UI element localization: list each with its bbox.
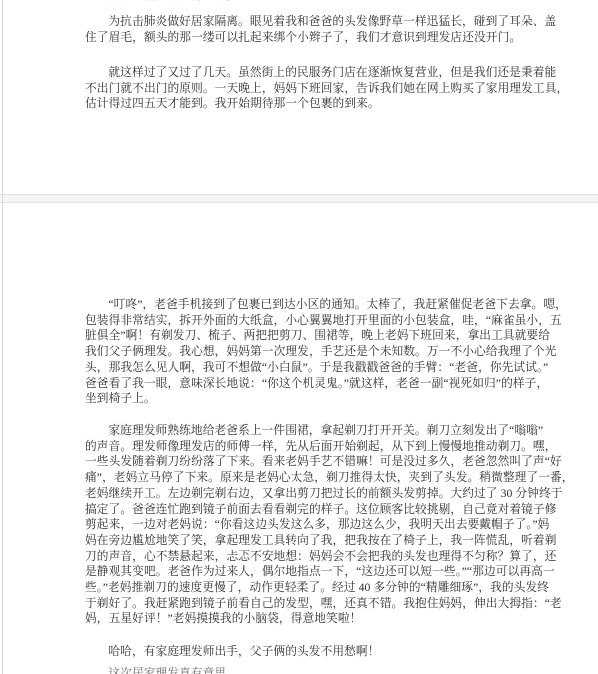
text-line: 是静观其变吧。老爸作为过来人，偶尔地指点一下，“这边还可以短一些。”“那边可以再… xyxy=(85,564,567,580)
page-2: “叮咚”，老爸手机接到了包裹已到达小区的通知。太棒了，我赶紧催促老爸下去拿。嗯，… xyxy=(0,202,598,674)
text-line: 一些头发随着剃刀纷纷落了下来。看来老妈手艺不错嘛！可是没过多久，老爸忽然叫了声“… xyxy=(85,454,567,470)
paragraph-2: 就这样过了又过了几天。虽然街上的民服务门店在逐渐恢复营业，但是我们还是秉着能 不… xyxy=(85,65,567,112)
text-line: 为抗击肺炎做好居家隔离。眼见着我和爸爸的头发像野草一样迅猛长，碰到了耳朵、盖 xyxy=(85,14,567,30)
document-viewer: 春节过后头发长得飞快。 为抗击肺炎做好居家隔离。眼见着我和爸爸的头发像野草一样迅… xyxy=(0,0,598,674)
page-gap xyxy=(0,195,598,202)
text-line: 妈，五星好评！”老妈摸摸我的小脑袋，得意地笑啦！ xyxy=(85,611,567,627)
text-line: 刀的声音，心不禁悬起来，忐忑不安地想：妈妈会不会把我的头发也理得不匀称？算了，还 xyxy=(85,549,567,565)
text-line: 些。”老妈推剃刀的速度更慢了，动作更轻柔了。经过 40 多分钟的“精雕细琢”，我… xyxy=(85,580,567,596)
text-line: 包装得非常结实，拆开外面的大纸盒，小心翼翼地打开里面的小包装盒，哇，“麻雀虽小，… xyxy=(85,313,567,329)
text-line: 坐到椅子上。 xyxy=(85,391,567,407)
paragraph-5: 哈哈，有家庭理发师出手，父子俩的头发不用愁啊！ xyxy=(85,644,567,660)
text-line: 不出门就不出门的原则。一天晚上，妈妈下班回家，告诉我们她在网上购买了家用理发工具… xyxy=(85,81,567,97)
text-line: 老妈继续开工。左边剃完剃右边，又拿出剪刀把过长的前额头发剪掉。大约过了 30 分… xyxy=(85,486,567,502)
text-line: 剪起来，一边对老妈说：“你看这边头发这么多，那边这么少，我明天出去要戴帽子了。”… xyxy=(85,517,567,533)
text-line: 爸爸看了我一眼，意味深长地说：“你这个机灵鬼。”就这样，老爸一副“视死如归”的样… xyxy=(85,376,567,392)
text-line: 痛”，老妈立马停了下来。原来是老妈心太急，剃刀推得太快，夹到了头发。稍微整理了一… xyxy=(85,470,567,486)
page-1: 春节过后头发长得飞快。 为抗击肺炎做好居家隔离。眼见着我和爸爸的头发像野草一样迅… xyxy=(0,0,598,195)
text-line: 我们父子俩理发。我心想，妈妈第一次理发，手艺还是个未知数。万一不小心给我理了个光 xyxy=(85,344,567,360)
paragraph-4: 家庭理发师熟练地给老爸系上一件围裙，拿起剃刀打开开关。剃刀立刻发出了“嗡嗡” 的… xyxy=(85,423,567,627)
clipped-text-line-bottom: 这次居家理发真有意思。 xyxy=(85,666,567,674)
text-line: 就这样过了又过了几天。虽然街上的民服务门店在逐渐恢复营业，但是我们还是秉着能 xyxy=(85,65,567,81)
paragraph-1: 为抗击肺炎做好居家隔离。眼见着我和爸爸的头发像野草一样迅猛长，碰到了耳朵、盖 住… xyxy=(85,14,567,45)
text-line: 脏俱全”啊！有剃发刀、梳子、两把把剪刀、围裙等，晚上老妈下班回来，拿出工具就要给 xyxy=(85,328,567,344)
text-line: 估计得过四五天才能到。我开始期待那一个包裹的到来。 xyxy=(85,96,567,112)
text-line: 搞定了。爸爸连忙跑到镜子前面去看看剃完的样子。这位顾客比较挑剔，自己竟对着镜子修 xyxy=(85,502,567,518)
clipped-text-line-top: 春节过后头发长得飞快。 xyxy=(85,0,567,4)
text-line: “叮咚”，老爸手机接到了包裹已到达小区的通知。太棒了，我赶紧催促老爸下去拿。嗯， xyxy=(85,297,567,313)
text-line: 妈在旁边尴尬地笑了笑，拿起理发工具转向了我，把我按在了椅子上，我一阵慌乱，听着剃 xyxy=(85,533,567,549)
text-line: 的声音。理发师像理发店的师傅一样，先从后面开始剃起，从下到上慢慢地推动剃刀。嘿， xyxy=(85,439,567,455)
text-line: 于剃好了。我赶紧跑到镜子前看自己的发型，嘿，还真不错。我抱住妈妈，伸出大拇指：“… xyxy=(85,596,567,612)
text-line: 头，那我怎么见人啊，我可不想做“小白鼠”。于是我戳戳爸爸的手臂：“老爸，你先试试… xyxy=(85,360,567,376)
text-line: 住了眉毛，额头的那一缕可以扎起来绑个小辫子了，我们才意识到理发店还没开门。 xyxy=(85,30,567,46)
paragraph-3: “叮咚”，老爸手机接到了包裹已到达小区的通知。太棒了，我赶紧催促老爸下去拿。嗯，… xyxy=(85,297,567,407)
page-left-edge xyxy=(2,0,3,674)
text-line: 家庭理发师熟练地给老爸系上一件围裙，拿起剃刀打开开关。剃刀立刻发出了“嗡嗡” xyxy=(85,423,567,439)
text-line: 哈哈，有家庭理发师出手，父子俩的头发不用愁啊！ xyxy=(85,644,567,660)
